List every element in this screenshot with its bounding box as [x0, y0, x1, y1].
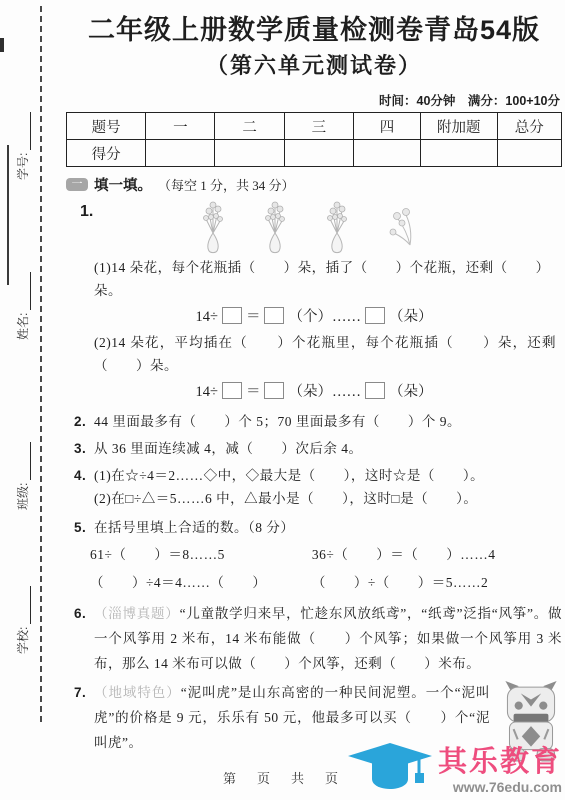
eq2-unit-dots: （朵）……	[288, 384, 361, 400]
vase-flowers-icon	[262, 197, 288, 255]
loose-flowers-icon	[386, 201, 420, 247]
class-label: 班级:	[13, 432, 31, 510]
binding-dashed-line	[40, 6, 42, 722]
q6-source-tag: （淄博真题）	[94, 606, 180, 621]
col-total: 总分	[497, 113, 561, 140]
q6-number: 6.	[74, 601, 86, 626]
q4-line2: (2)在□÷△＝5……6 中，△最小是（ ），这时□是（ ）。	[66, 487, 562, 510]
q7-source-tag: （地域特色）	[94, 685, 181, 700]
q5-row1: 61÷（ ）＝8……5 36÷（ ）＝（ ）……4	[66, 543, 562, 567]
page-edge-line	[7, 145, 9, 285]
eq2-remainder-unit: （朵）	[389, 384, 433, 400]
q4-number: 4.	[74, 464, 86, 487]
score-cell-2	[215, 140, 284, 167]
score-cell-total	[497, 140, 561, 167]
paper-subtitle: （第六单元测试卷）	[66, 50, 562, 81]
eq2-equals: ＝	[246, 384, 261, 400]
answer-box	[365, 382, 385, 399]
score-table: 题号 一 二 三 四 附加题 总分 得分	[66, 112, 562, 167]
q2-text: 2.44 里面最多有（ ）个 5；70 里面最多有（ ）个 9。	[66, 410, 562, 433]
score-cell-3	[284, 140, 353, 167]
col-part-3: 三	[284, 113, 353, 140]
q5-row2: （ ）÷4＝4……（ ） （ ）÷（ ）＝5……2	[66, 571, 562, 595]
q1-equation-1: 14÷＝（个）……（朵）	[66, 305, 562, 329]
vase-flowers-icon	[200, 197, 226, 255]
class-blank	[18, 442, 31, 480]
section-number-badge: 一	[66, 178, 88, 191]
score-row-label: 得分	[67, 140, 146, 167]
publisher-logo: 其乐教育 www.76edu.com	[346, 742, 562, 794]
name-text: 姓名:	[14, 313, 31, 340]
col-part-4: 四	[354, 113, 421, 140]
q5-intro: 5.在括号里填上合适的数。（8 分）	[66, 516, 562, 539]
q5-eq3: （ ）÷4＝4……（ ）	[90, 571, 312, 595]
school-label: 学校:	[13, 576, 31, 654]
student-id-text: 学号:	[14, 153, 31, 180]
section-title: 填一填。	[94, 174, 152, 195]
paper-title: 二年级上册数学质量检测卷青岛54版	[66, 12, 562, 49]
score-cell-bonus	[420, 140, 497, 167]
student-id-blank	[18, 112, 31, 150]
q4-line1: 4.(1)在☆÷4＝2……◇中，◇最大是（ ），这时☆是（ ）。	[66, 464, 562, 487]
col-bonus: 附加题	[420, 113, 497, 140]
q1-illustration: 1.	[200, 197, 562, 255]
q5-number: 5.	[74, 516, 86, 539]
score-table-score-row: 得分	[67, 140, 562, 167]
time-score-info: 时间：40分钟 满分：100+10分	[66, 91, 560, 109]
name-label: 姓名:	[13, 262, 31, 340]
q6-text: 6.（淄博真题）“儿童散学归来早，忙趁东风放纸鸢”，“纸鸢”泛指“风筝”。做一个…	[66, 601, 562, 676]
school-text: 学校:	[14, 627, 31, 654]
answer-box	[264, 307, 284, 324]
score-cell-4	[354, 140, 421, 167]
class-text: 班级:	[14, 483, 31, 510]
col-question-number: 题号	[67, 113, 146, 140]
name-blank	[18, 272, 31, 310]
answer-box	[222, 307, 242, 324]
section-one-heading: 一 填一填。 （每空 1 分，共 34 分）	[66, 174, 562, 195]
student-id-label: 学号:	[13, 102, 31, 180]
score-table-header-row: 题号 一 二 三 四 附加题 总分	[67, 113, 562, 140]
score-cell-1	[146, 140, 215, 167]
logo-brand-name: 其乐教育	[438, 748, 562, 777]
test-paper-page: 学号: 姓名: 班级: 学校: 二年级上册数学质量检测卷青岛54版 （第六单元测…	[0, 0, 565, 800]
section-note: （每空 1 分，共 34 分）	[158, 175, 295, 194]
eq2-dividend: 14÷	[196, 384, 218, 400]
scan-edge-mark	[0, 38, 4, 52]
graduation-cap-icon	[346, 742, 434, 794]
q1-equation-2: 14÷＝（朵）……（朵）	[66, 380, 562, 404]
eq1-remainder-unit: （朵）	[389, 309, 433, 325]
vase-flowers-icon	[324, 197, 350, 255]
q1-number: 1.	[80, 203, 93, 221]
q5-eq1: 61÷（ ）＝8……5	[90, 543, 312, 567]
q5-eq2: 36÷（ ）＝（ ）……4	[312, 543, 496, 567]
q1-part2-text: (2)14 朵花，平均插在（ ）个花瓶里，每个花瓶插（ ）朵，还剩（ ）朵。	[66, 331, 562, 377]
eq1-dividend: 14÷	[196, 309, 218, 325]
school-blank	[18, 586, 31, 624]
col-part-2: 二	[215, 113, 284, 140]
q1-part1-text: (1)14 朵花，每个花瓶插（ ）朵，插了（ ）个花瓶，还剩（ ）朵。	[66, 256, 562, 302]
q3-text: 3.从 36 里面连续减 4，减（ ）次后余 4。	[66, 437, 562, 460]
logo-website-url: www.76edu.com	[453, 780, 562, 794]
eq1-equals: ＝	[246, 309, 261, 325]
answer-box	[365, 307, 385, 324]
q5-eq4: （ ）÷（ ）＝5……2	[312, 571, 488, 595]
page-footer: 第 页 共 页	[200, 768, 365, 787]
answer-box	[264, 382, 284, 399]
col-part-1: 一	[146, 113, 215, 140]
answer-box	[222, 382, 242, 399]
q7-number: 7.	[74, 680, 86, 705]
q2-number: 2.	[74, 410, 86, 433]
eq1-unit-dots: （个）……	[288, 309, 361, 325]
q3-number: 3.	[74, 437, 86, 460]
